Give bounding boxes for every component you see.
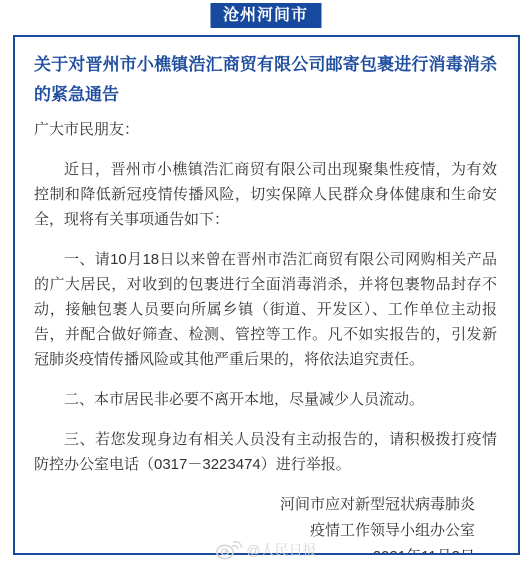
notice-frame: 关于对晋州市小樵镇浩汇商贸有限公司邮寄包裹进行消毒消杀的紧急通告 广大市民朋友：… [13,35,520,555]
notice-item-2: 二、本市居民非必要不离开本地，尽量减少人员流动。 [34,387,497,412]
region-badge: 沧州河间市 [210,3,321,28]
notice-greeting: 广大市民朋友： [34,117,497,142]
signature-org-line-2: 疫情工作领导小组办公室 [34,518,475,544]
signature-date: 2021年11月3日 [34,544,475,555]
notice-item-1: 一、请10月18日以来曾在晋州市浩汇商贸有限公司网购相关产品的广大居民，对收到的… [34,247,497,372]
notice-title: 关于对晋州市小樵镇浩汇商贸有限公司邮寄包裹进行消毒消杀的紧急通告 [34,50,497,110]
signature-block: 河间市应对新型冠状病毒肺炎 疫情工作领导小组办公室 2021年11月3日 [34,492,497,555]
notice-item-3: 三、若您发现身边有相关人员没有主动报告的，请积极拨打疫情防控办公室电话（0317… [34,427,497,477]
notice-intro-paragraph: 近日，晋州市小樵镇浩汇商贸有限公司出现聚集性疫情，为有效控制和降低新冠疫情传播风… [34,157,497,232]
signature-org-line-1: 河间市应对新型冠状病毒肺炎 [34,492,475,518]
